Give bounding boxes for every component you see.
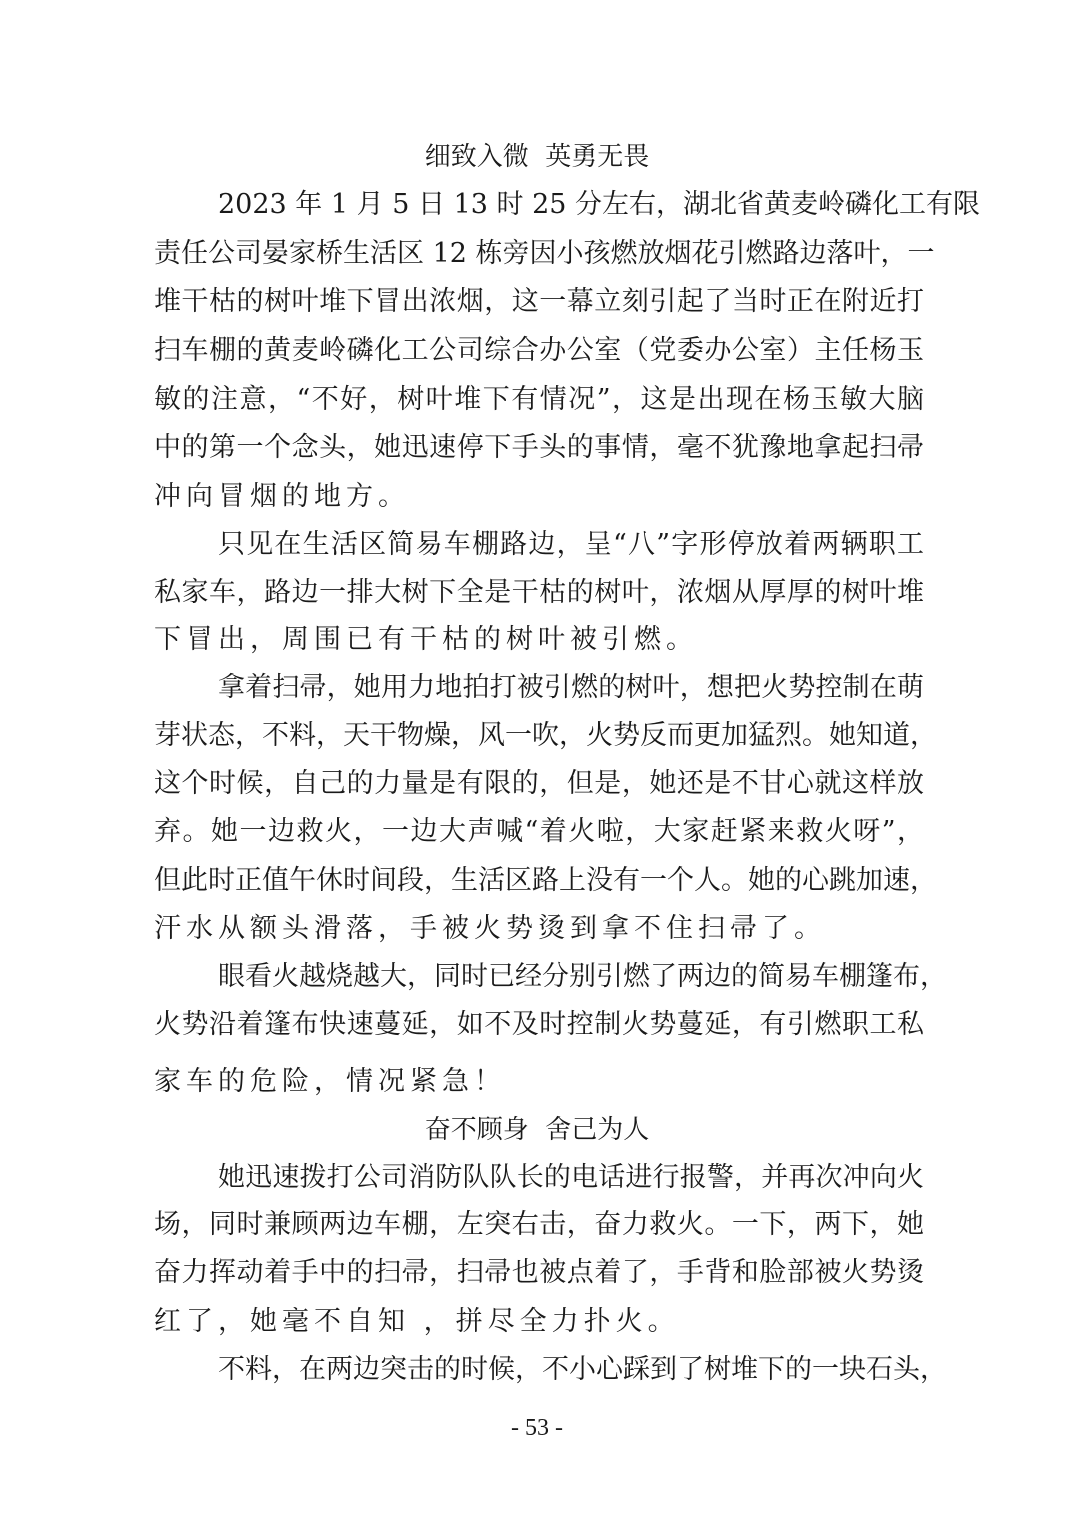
paragraph-line: 奋力挥动着手中的扫帚，扫帚也被点着了，手背和脸部被火势烫 — [154, 1253, 924, 1293]
paragraph-line: 红了，她毫不自知 ，拼尽全力扑火。 — [154, 1302, 924, 1342]
document-page: 细致入微 英勇无畏 2023 年 1 月 5 日 13 时 25 分左右，湖北省… — [0, 0, 1074, 1520]
section-heading: 奋不顾身 舍己为人 — [0, 1110, 1074, 1150]
paragraph-line: 中的第一个念头，她迅速停下手头的事情，毫不犹豫地拿起扫帚 — [154, 428, 924, 468]
paragraph-line: 汗水从额头滑落，手被火势烫到拿不住扫帚了。 — [154, 909, 924, 949]
paragraph-line: 责任公司晏家桥生活区 12 栋旁因小孩燃放烟花引燃路边落叶，一 — [154, 234, 924, 274]
paragraph-line: 弃。她一边救火，一边大声喊“着火啦，大家赶紧来救火呀”， — [154, 812, 924, 852]
paragraph-line: 2023 年 1 月 5 日 13 时 25 分左右，湖北省黄麦岭磷化工有限 — [218, 185, 924, 225]
paragraph-line: 私家车，路边一排大树下全是干枯的树叶，浓烟从厚厚的树叶堆 — [154, 573, 924, 613]
paragraph-line: 只见在生活区简易车棚路边，呈“八”字形停放着两辆职工 — [218, 525, 924, 565]
paragraph-line: 这个时候，自己的力量是有限的，但是，她还是不甘心就这样放 — [154, 764, 924, 804]
page-number: - 53 - — [0, 1410, 1074, 1446]
paragraph-line: 不料，在两边突击的时候，不小心踩到了树堆下的一块石头， — [218, 1350, 924, 1390]
paragraph-line: 敏的注意，“不好，树叶堆下有情况”，这是出现在杨玉敏大脑 — [154, 380, 924, 420]
section-heading: 细致入微 英勇无畏 — [0, 137, 1074, 177]
paragraph-line: 场，同时兼顾两边车棚，左突右击，奋力救火。一下，两下，她 — [154, 1205, 924, 1245]
paragraph-line: 芽状态，不料，天干物燥，风一吹，火势反而更加猛烈。她知道， — [154, 716, 924, 756]
paragraph-line: 冲向冒烟的地方。 — [154, 477, 924, 517]
paragraph-line: 堆干枯的树叶堆下冒出浓烟，这一幕立刻引起了当时正在附近打 — [154, 282, 924, 322]
paragraph-line: 眼看火越烧越大，同时已经分别引燃了两边的简易车棚篷布， — [218, 957, 924, 997]
paragraph-line: 扫车棚的黄麦岭磷化工公司综合办公室（党委办公室）主任杨玉 — [154, 331, 924, 371]
paragraph-line: 家车的危险，情况紧急！ — [154, 1062, 924, 1102]
paragraph-line: 她迅速拨打公司消防队队长的电话进行报警，并再次冲向火 — [218, 1158, 924, 1198]
paragraph-line: 但此时正值午休时间段，生活区路上没有一个人。她的心跳加速， — [154, 861, 924, 901]
paragraph-line: 下冒出，周围已有干枯的树叶被引燃。 — [154, 620, 924, 660]
paragraph-line: 火势沿着篷布快速蔓延，如不及时控制火势蔓延，有引燃职工私 — [154, 1005, 924, 1045]
paragraph-line: 拿着扫帚，她用力地拍打被引燃的树叶，想把火势控制在萌 — [218, 668, 924, 708]
